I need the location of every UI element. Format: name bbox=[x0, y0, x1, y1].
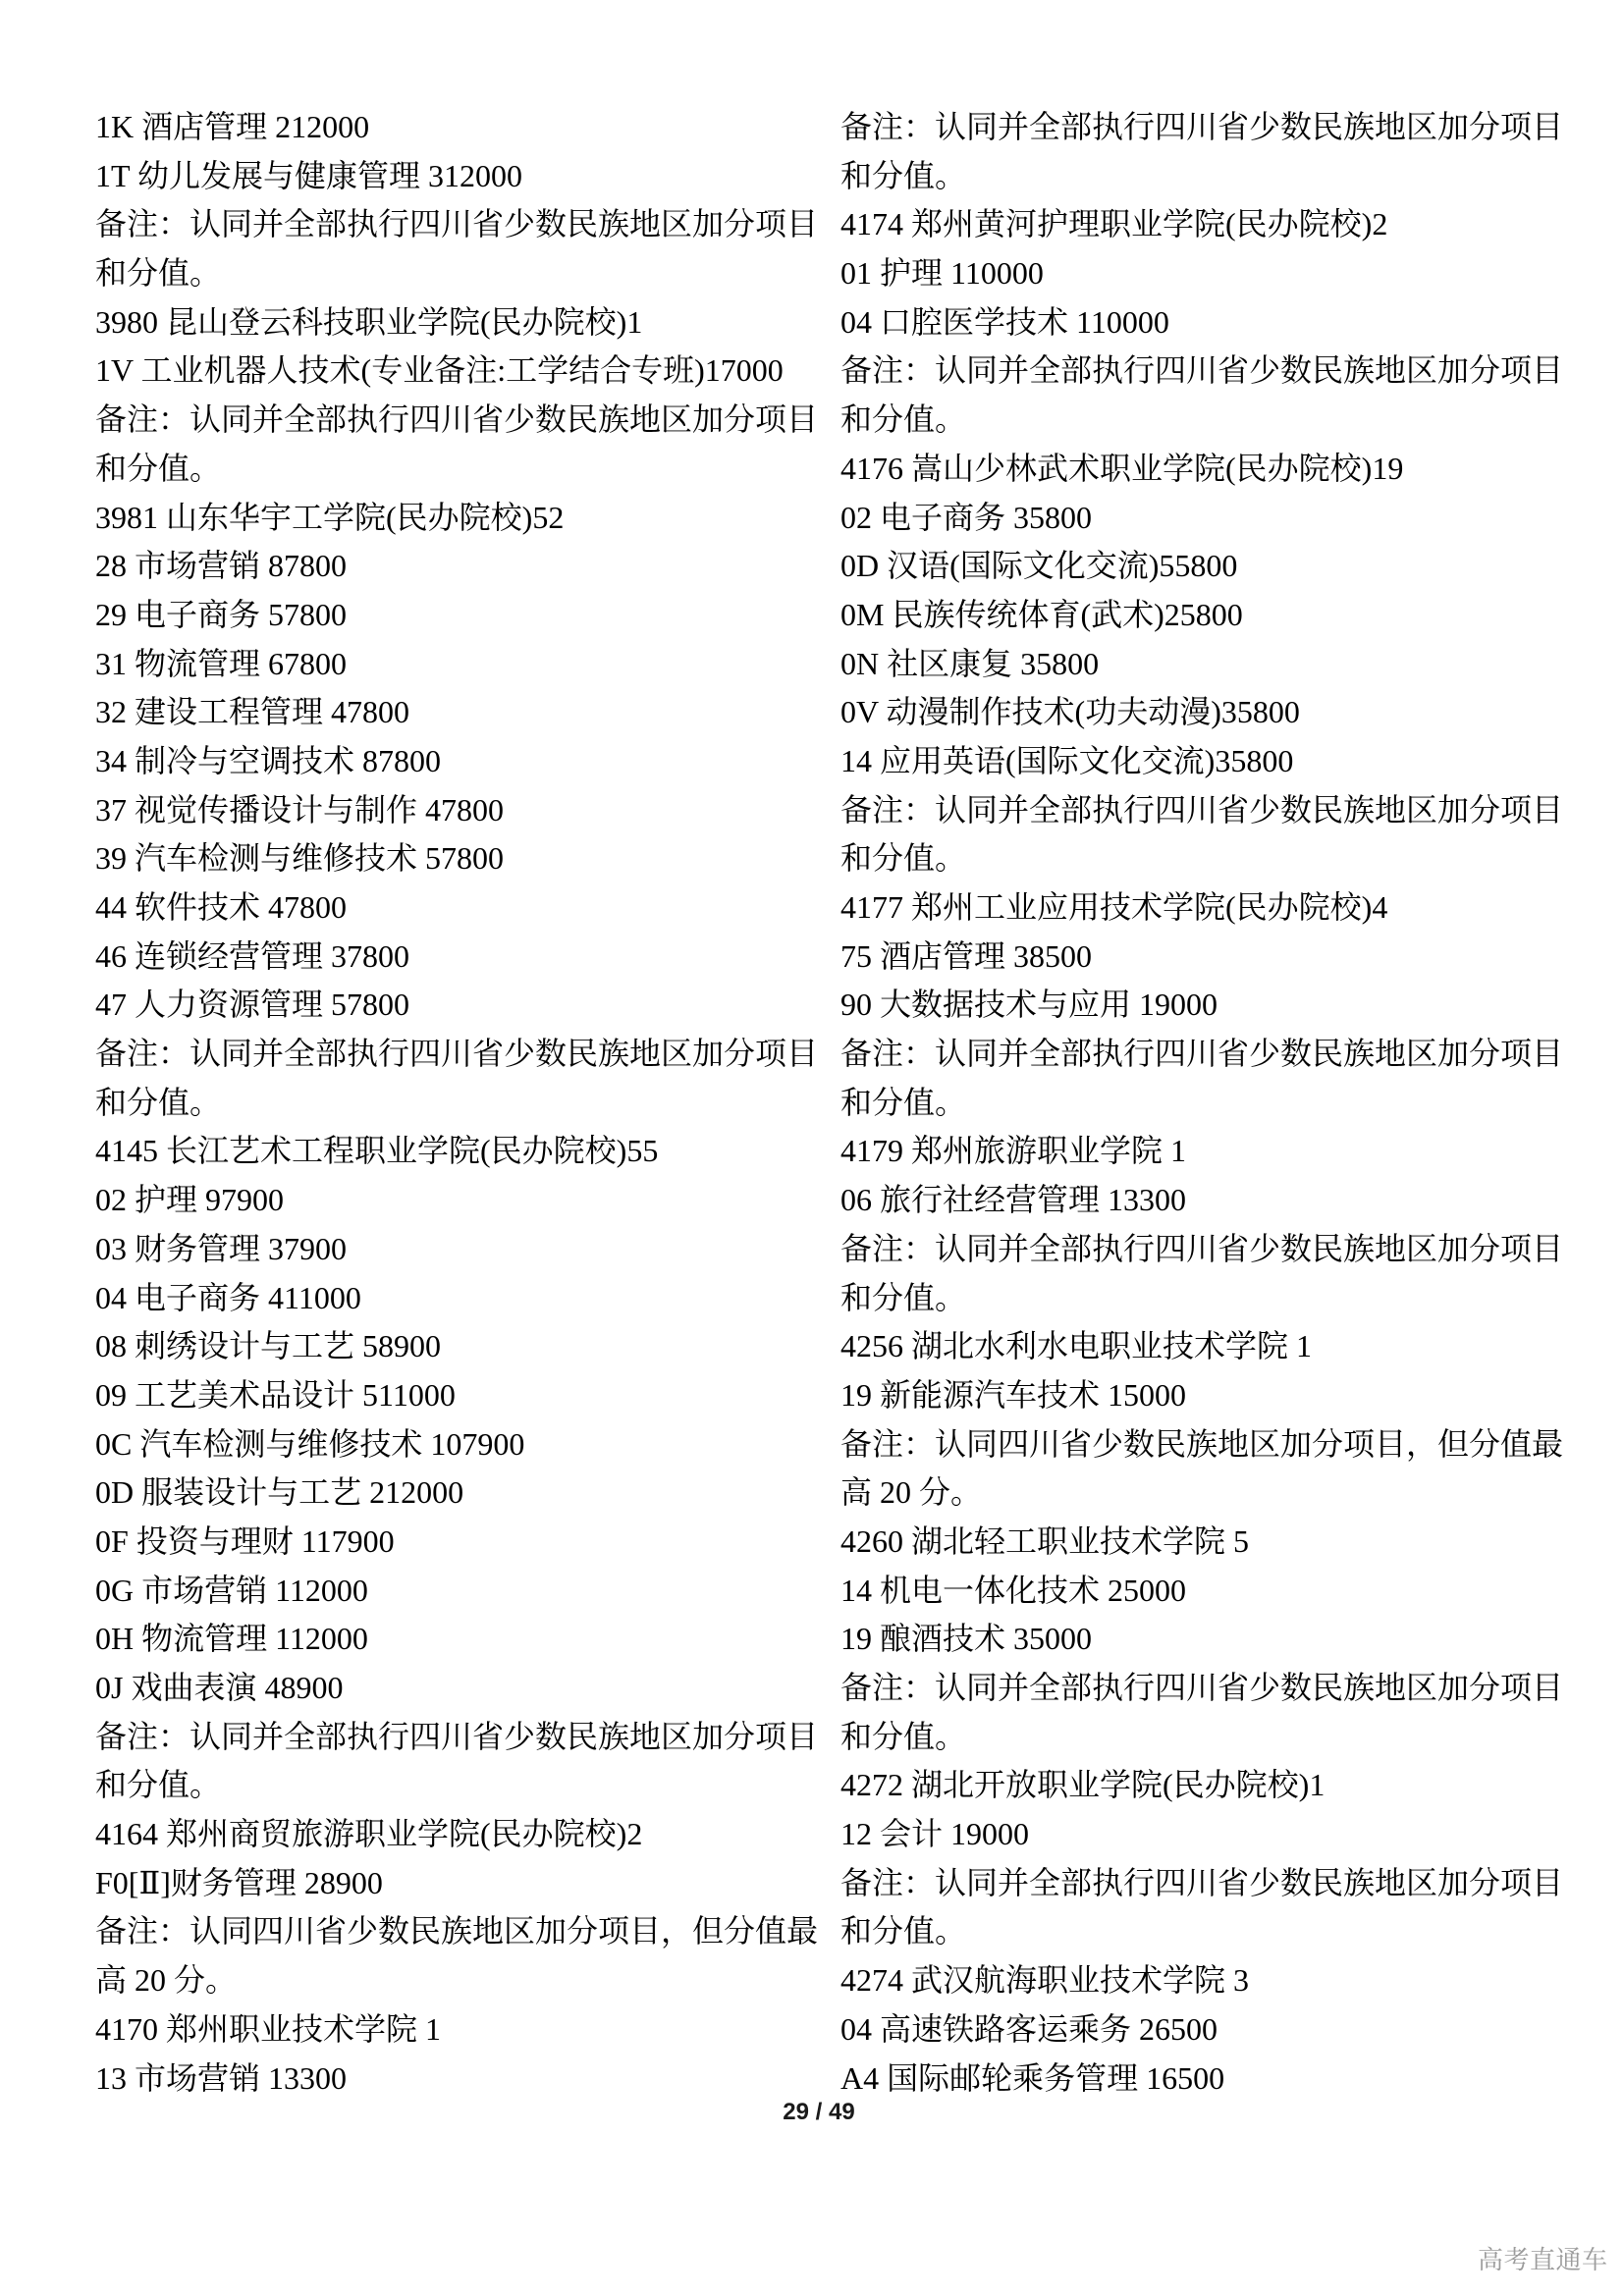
text-line: 和分值。 bbox=[840, 396, 1587, 445]
text-line: 4256 湖北水利水电职业技术学院 1 bbox=[840, 1322, 1587, 1371]
text-line: 3980 昆山登云科技职业学院(民办院校)1 bbox=[95, 298, 827, 347]
text-line: 0J 戏曲表演 48900 bbox=[95, 1664, 827, 1713]
text-line: 4274 武汉航海职业技术学院 3 bbox=[840, 1956, 1587, 2005]
text-line: A4 国际邮轮乘务管理 16500 bbox=[840, 2055, 1587, 2104]
text-line: 0G 市场营销 112000 bbox=[95, 1567, 827, 1616]
text-line: 4177 郑州工业应用技术学院(民办院校)4 bbox=[840, 883, 1587, 933]
text-line: 08 刺绣设计与工艺 58900 bbox=[95, 1322, 827, 1371]
text-line: 4170 郑州职业技术学院 1 bbox=[95, 2005, 827, 2055]
text-line: 14 机电一体化技术 25000 bbox=[840, 1567, 1587, 1616]
text-line: 0F 投资与理财 117900 bbox=[95, 1518, 827, 1567]
text-line: 备注：认同并全部执行四川省少数民族地区加分项目 bbox=[840, 1664, 1587, 1713]
text-line: 19 酿酒技术 35000 bbox=[840, 1615, 1587, 1664]
text-line: 29 电子商务 57800 bbox=[95, 591, 827, 640]
text-line: 备注：认同四川省少数民族地区加分项目，但分值最 bbox=[840, 1420, 1587, 1469]
document-page: 1K 酒店管理 212000 1T 幼儿发展与健康管理 312000 备注：认同… bbox=[0, 0, 1624, 2296]
text-line: 34 制冷与空调技术 87800 bbox=[95, 737, 827, 786]
text-line: 1V 工业机器人技术(专业备注:工学结合专班)17000 bbox=[95, 347, 827, 396]
text-line: 1T 幼儿发展与健康管理 312000 bbox=[95, 152, 827, 201]
text-line: 02 护理 97900 bbox=[95, 1176, 827, 1225]
text-line: 0N 社区康复 35800 bbox=[840, 640, 1587, 689]
watermark: 高考直通车 bbox=[1478, 2240, 1608, 2276]
text-line: 02 电子商务 35800 bbox=[840, 494, 1587, 543]
text-line: 04 高速铁路客运乘务 26500 bbox=[840, 2005, 1587, 2055]
text-line: 28 市场营销 87800 bbox=[95, 542, 827, 591]
text-line: 3981 山东华宇工学院(民办院校)52 bbox=[95, 494, 827, 543]
text-line: 39 汽车检测与维修技术 57800 bbox=[95, 834, 827, 883]
text-line: 09 工艺美术品设计 511000 bbox=[95, 1371, 827, 1420]
left-column: 1K 酒店管理 212000 1T 幼儿发展与健康管理 312000 备注：认同… bbox=[95, 103, 827, 2103]
text-line: 和分值。 bbox=[840, 152, 1587, 201]
text-line: 47 人力资源管理 57800 bbox=[95, 981, 827, 1030]
text-line: 备注：认同并全部执行四川省少数民族地区加分项目 bbox=[840, 1225, 1587, 1274]
page-number: 29 / 49 bbox=[0, 2099, 1624, 2126]
text-line: 0C 汽车检测与维修技术 107900 bbox=[95, 1420, 827, 1469]
text-line: 4272 湖北开放职业学院(民办院校)1 bbox=[840, 1761, 1587, 1810]
text-line: 0D 汉语(国际文化交流)55800 bbox=[840, 542, 1587, 591]
text-line: 和分值。 bbox=[840, 1079, 1587, 1128]
text-line: 75 酒店管理 38500 bbox=[840, 933, 1587, 982]
text-line: 备注：认同并全部执行四川省少数民族地区加分项目 bbox=[95, 200, 827, 249]
text-line: 04 电子商务 411000 bbox=[95, 1274, 827, 1323]
text-line: 和分值。 bbox=[840, 1713, 1587, 1762]
text-line: 0V 动漫制作技术(功夫动漫)35800 bbox=[840, 688, 1587, 737]
text-line: 备注：认同并全部执行四川省少数民族地区加分项目 bbox=[840, 786, 1587, 835]
text-line: 高 20 分。 bbox=[840, 1468, 1587, 1518]
text-line: 06 旅行社经营管理 13300 bbox=[840, 1176, 1587, 1225]
text-line: 46 连锁经营管理 37800 bbox=[95, 933, 827, 982]
text-line: 32 建设工程管理 47800 bbox=[95, 688, 827, 737]
text-line: 和分值。 bbox=[95, 1079, 827, 1128]
text-line: 4179 郑州旅游职业学院 1 bbox=[840, 1127, 1587, 1176]
text-line: 备注：认同并全部执行四川省少数民族地区加分项目 bbox=[95, 396, 827, 445]
text-line: 和分值。 bbox=[95, 1761, 827, 1810]
text-line: 0D 服装设计与工艺 212000 bbox=[95, 1468, 827, 1518]
text-line: 13 市场营销 13300 bbox=[95, 2055, 827, 2104]
text-line: 19 新能源汽车技术 15000 bbox=[840, 1371, 1587, 1420]
text-line: 和分值。 bbox=[95, 445, 827, 494]
text-line: 备注：认同并全部执行四川省少数民族地区加分项目 bbox=[95, 1713, 827, 1762]
text-line: 备注：认同并全部执行四川省少数民族地区加分项目 bbox=[840, 103, 1587, 152]
text-line: 和分值。 bbox=[840, 834, 1587, 883]
text-line: 备注：认同并全部执行四川省少数民族地区加分项目 bbox=[840, 347, 1587, 396]
text-line: 备注：认同并全部执行四川省少数民族地区加分项目 bbox=[840, 1859, 1587, 1908]
text-line: 0M 民族传统体育(武术)25800 bbox=[840, 591, 1587, 640]
text-line: 01 护理 110000 bbox=[840, 249, 1587, 298]
text-line: 31 物流管理 67800 bbox=[95, 640, 827, 689]
text-line: 和分值。 bbox=[95, 249, 827, 298]
text-line: 12 会计 19000 bbox=[840, 1810, 1587, 1859]
text-line: 1K 酒店管理 212000 bbox=[95, 103, 827, 152]
text-line: 和分值。 bbox=[840, 1907, 1587, 1956]
text-line: 4164 郑州商贸旅游职业学院(民办院校)2 bbox=[95, 1810, 827, 1859]
text-line: 高 20 分。 bbox=[95, 1956, 827, 2005]
text-line: 4174 郑州黄河护理职业学院(民办院校)2 bbox=[840, 200, 1587, 249]
text-line: 4260 湖北轻工职业技术学院 5 bbox=[840, 1518, 1587, 1567]
text-line: 44 软件技术 47800 bbox=[95, 883, 827, 933]
text-line: 0H 物流管理 112000 bbox=[95, 1615, 827, 1664]
text-line: 90 大数据技术与应用 19000 bbox=[840, 981, 1587, 1030]
text-line: 备注：认同并全部执行四川省少数民族地区加分项目 bbox=[95, 1030, 827, 1079]
text-line: 14 应用英语(国际文化交流)35800 bbox=[840, 737, 1587, 786]
text-line: 37 视觉传播设计与制作 47800 bbox=[95, 786, 827, 835]
right-column: 备注：认同并全部执行四川省少数民族地区加分项目 和分值。 4174 郑州黄河护理… bbox=[840, 103, 1587, 2103]
text-line: 03 财务管理 37900 bbox=[95, 1225, 827, 1274]
text-line: 备注：认同并全部执行四川省少数民族地区加分项目 bbox=[840, 1030, 1587, 1079]
text-line: 04 口腔医学技术 110000 bbox=[840, 298, 1587, 347]
text-line: F0[Ⅱ]财务管理 28900 bbox=[95, 1859, 827, 1908]
text-line: 和分值。 bbox=[840, 1274, 1587, 1323]
text-line: 备注：认同四川省少数民族地区加分项目，但分值最 bbox=[95, 1907, 827, 1956]
text-line: 4145 长江艺术工程职业学院(民办院校)55 bbox=[95, 1127, 827, 1176]
text-line: 4176 嵩山少林武术职业学院(民办院校)19 bbox=[840, 445, 1587, 494]
